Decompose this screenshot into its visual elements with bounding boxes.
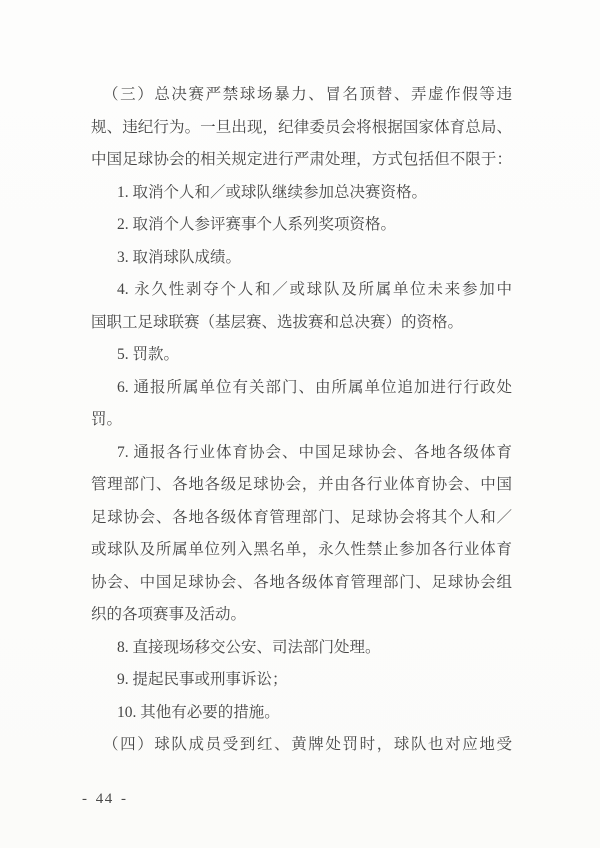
text-line: 织的各项赛事及活动。 [91,599,512,632]
text-line: 7. 通报各行业体育协会、中国足球协会、各地各级体育 [91,437,512,470]
text-line: 国职工足球联赛（基层赛、选拔赛和总决赛）的资格。 [91,307,512,340]
document-page: （三）总决赛严禁球场暴力、冒名顶替、弄虚作假等违 规、违纪行为。一旦出现，纪律委… [0,0,600,848]
text-line: 协会、中国足球协会、各地各级体育管理部门、足球协会组 [91,567,512,600]
text-line: 中国足球协会的相关规定进行严肃处理，方式包括但不限于： [91,144,512,177]
text-line: 10. 其他有必要的措施。 [91,697,512,730]
text-line: 5. 罚款。 [91,339,512,372]
text-line: 9. 提起民事或刑事诉讼； [91,664,512,697]
document-body: （三）总决赛严禁球场暴力、冒名顶替、弄虚作假等违 规、违纪行为。一旦出现，纪律委… [91,79,512,762]
text-line: 1. 取消个人和／或球队继续参加总决赛资格。 [91,177,512,210]
text-line: 4. 永久性剥夺个人和／或球队及所属单位未来参加中 [91,274,512,307]
text-line: 规、违纪行为。一旦出现，纪律委员会将根据国家体育总局、 [91,112,512,145]
text-line: 或球队及所属单位列入黑名单，永久性禁止参加各行业体育 [91,534,512,567]
text-line: 3. 取消球队成绩。 [91,242,512,275]
text-line: （四）球队成员受到红、黄牌处罚时，球队也对应地受 [91,729,512,762]
text-line: 8. 直接现场移交公安、司法部门处理。 [91,632,512,665]
page-number: - 44 - [82,789,128,809]
text-line: 2. 取消个人参评赛事个人系列奖项资格。 [91,209,512,242]
text-line: 罚。 [91,404,512,437]
text-line: （三）总决赛严禁球场暴力、冒名顶替、弄虚作假等违 [91,79,512,112]
text-line: 6. 通报所属单位有关部门、由所属单位追加进行行政处 [91,372,512,405]
text-line: 管理部门、各地各级足球协会，并由各行业体育协会、中国 [91,469,512,502]
text-line: 足球协会、各地各级体育管理部门、足球协会将其个人和／ [91,502,512,535]
